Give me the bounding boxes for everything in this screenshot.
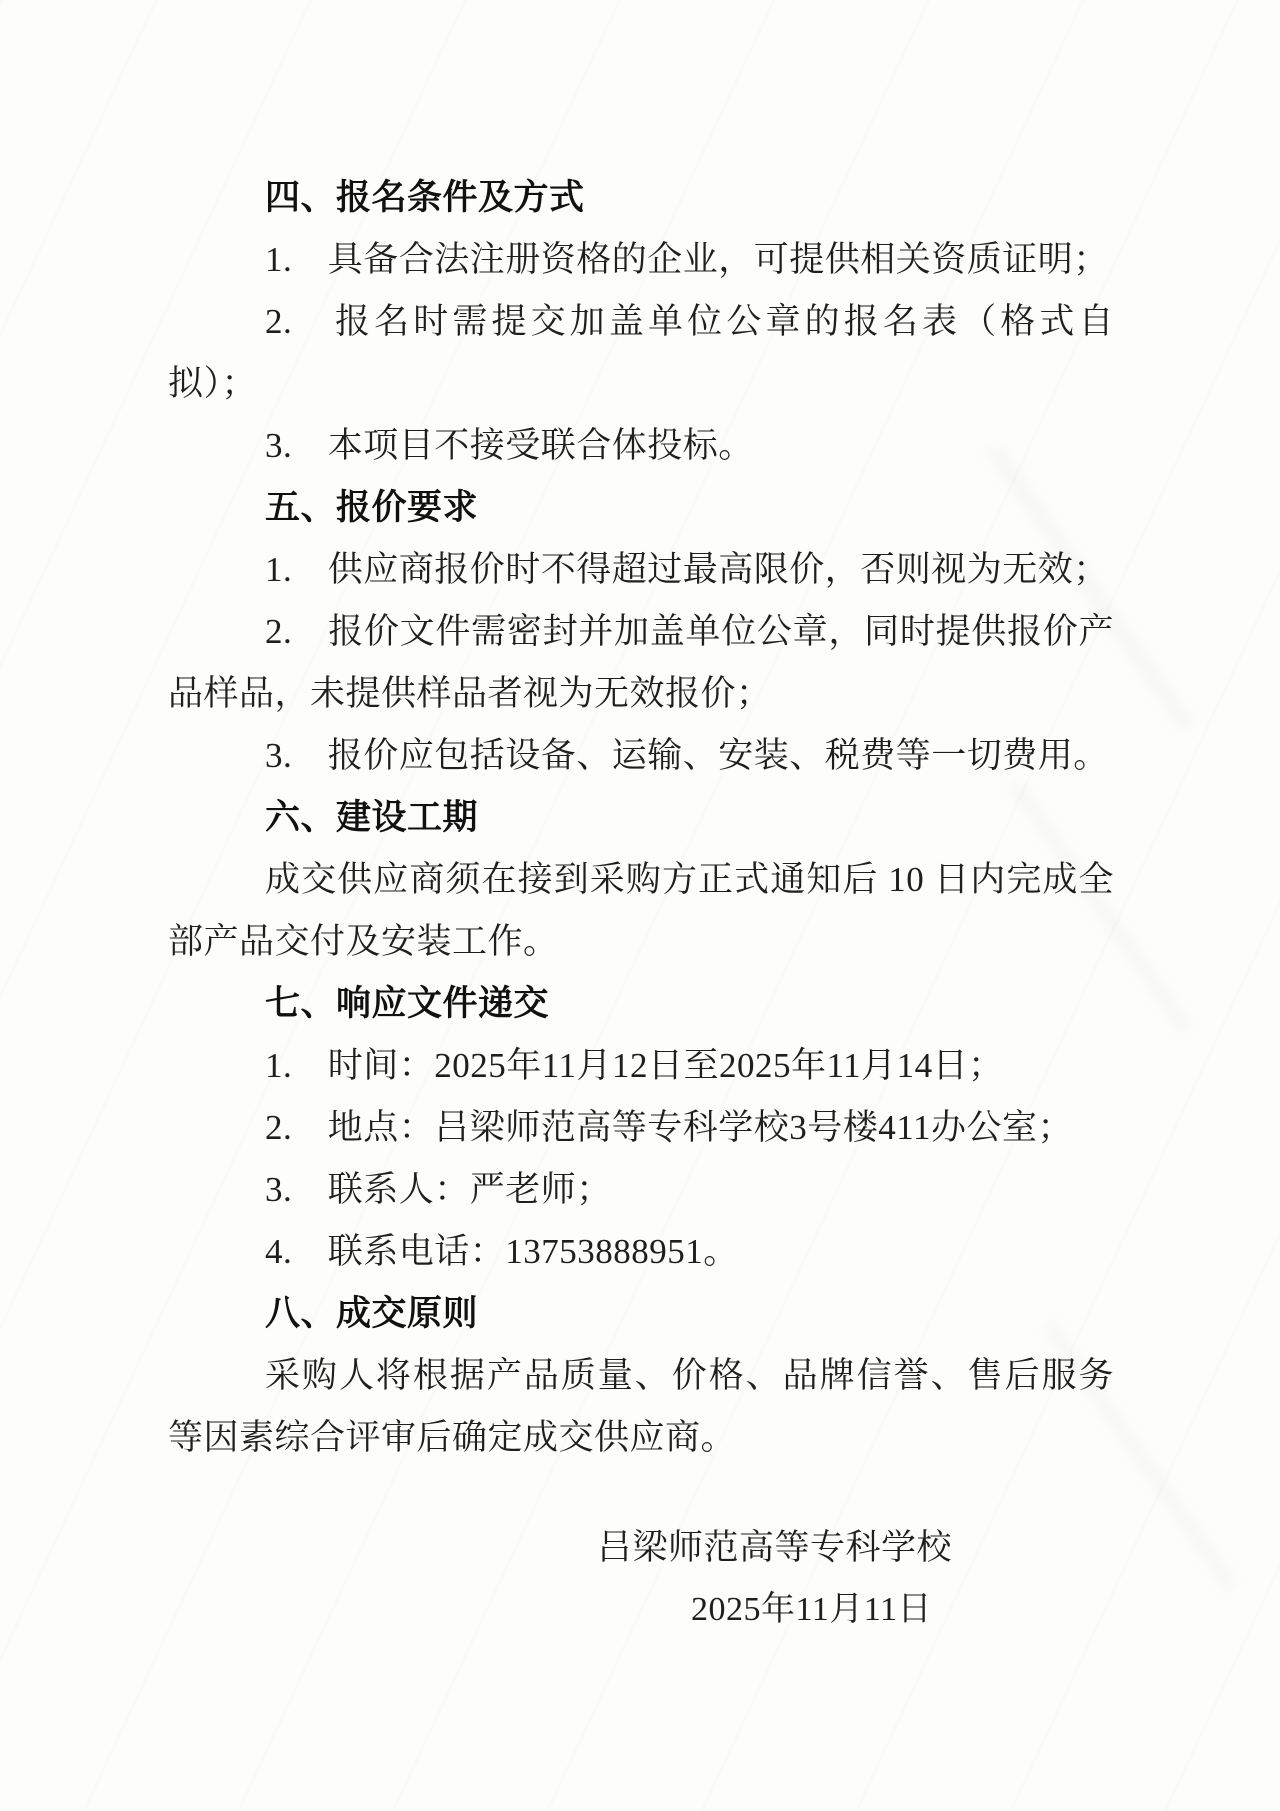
document-body: 四、报名条件及方式 1. 具备合法注册资格的企业，可提供相关资质证明； 2. 报… [168, 167, 1114, 1641]
document-page: 四、报名条件及方式 1. 具备合法注册资格的企业，可提供相关资质证明； 2. 报… [0, 0, 1280, 1811]
section-7-item-2: 2. 地点：吕梁师范高等专科学校3号楼411办公室； [168, 1097, 1114, 1159]
section-8-heading: 八、成交原则 [168, 1283, 1114, 1345]
signature-block: 吕梁师范高等专科学校 2025年11月11日 [168, 1517, 1114, 1641]
section-5-item-3: 3. 报价应包括设备、运输、安装、税费等一切费用。 [168, 725, 1114, 787]
section-5-item-2: 2. 报价文件需密封并加盖单位公章，同时提供报价产品样品，未提供样品者视为无效报… [168, 601, 1114, 725]
section-5-item-1: 1. 供应商报价时不得超过最高限价，否则视为无效； [168, 539, 1114, 601]
section-4-item-3: 3. 本项目不接受联合体投标。 [168, 415, 1114, 477]
section-7-item-1: 1. 时间：2025年11月12日至2025年11月14日； [168, 1035, 1114, 1097]
section-8-paragraph: 采购人将根据产品质量、价格、品牌信誉、售后服务等因素综合评审后确定成交供应商。 [168, 1345, 1114, 1469]
section-6-paragraph: 成交供应商须在接到采购方正式通知后 10 日内完成全部产品交付及安装工作。 [168, 849, 1114, 973]
section-7-item-4: 4. 联系电话：13753888951。 [168, 1221, 1114, 1283]
section-5-heading: 五、报价要求 [168, 477, 1114, 539]
section-4-item-2: 2. 报名时需提交加盖单位公章的报名表（格式自拟）； [168, 291, 1114, 415]
section-4-item-1: 1. 具备合法注册资格的企业，可提供相关资质证明； [168, 229, 1114, 291]
section-7-heading: 七、响应文件递交 [168, 973, 1114, 1035]
section-6-heading: 六、建设工期 [168, 787, 1114, 849]
signature-organization: 吕梁师范高等专科学校 [168, 1517, 1114, 1579]
section-4-heading: 四、报名条件及方式 [168, 167, 1114, 229]
section-7-item-3: 3. 联系人：严老师； [168, 1159, 1114, 1221]
signature-date: 2025年11月11日 [168, 1579, 1114, 1641]
